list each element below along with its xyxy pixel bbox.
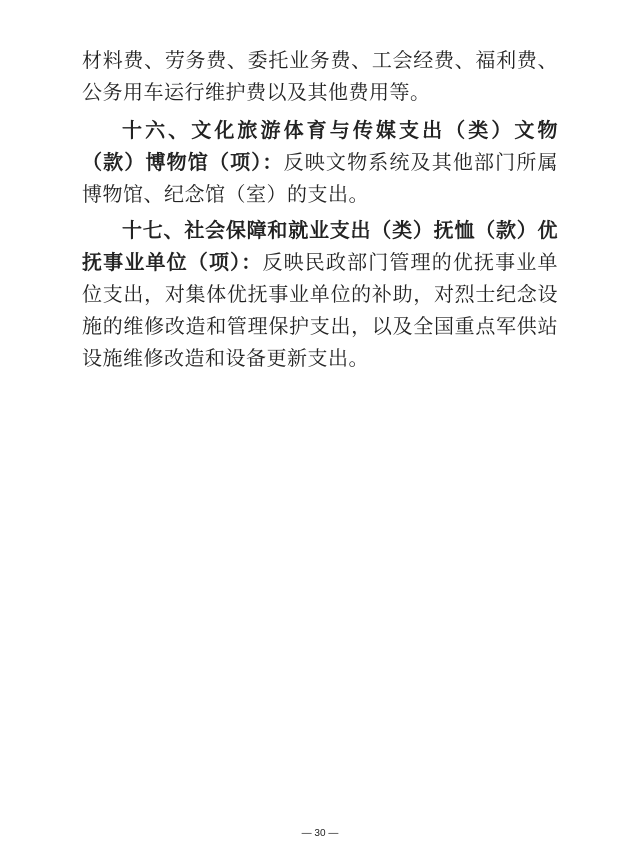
paragraph-continuation: 材料费、劳务费、委托业务费、工会经费、福利费、公务用车运行维护费以及其他费用等。 — [82, 44, 558, 108]
paragraph-item-16: 十六、文化旅游体育与传媒支出（类）文物（款）博物馆（项）：反映文物系统及其他部门… — [82, 114, 558, 210]
document-page: 材料费、劳务费、委托业务费、工会经费、福利费、公务用车运行维护费以及其他费用等。… — [0, 0, 640, 866]
paragraph-item-17: 十七、社会保障和就业支出（类）抚恤（款）优抚事业单位（项）：反映民政部门管理的优… — [82, 214, 558, 374]
page-number: — 30 — — [0, 828, 640, 839]
paragraph-body: 材料费、劳务费、委托业务费、工会经费、福利费、公务用车运行维护费以及其他费用等。 — [82, 48, 558, 104]
